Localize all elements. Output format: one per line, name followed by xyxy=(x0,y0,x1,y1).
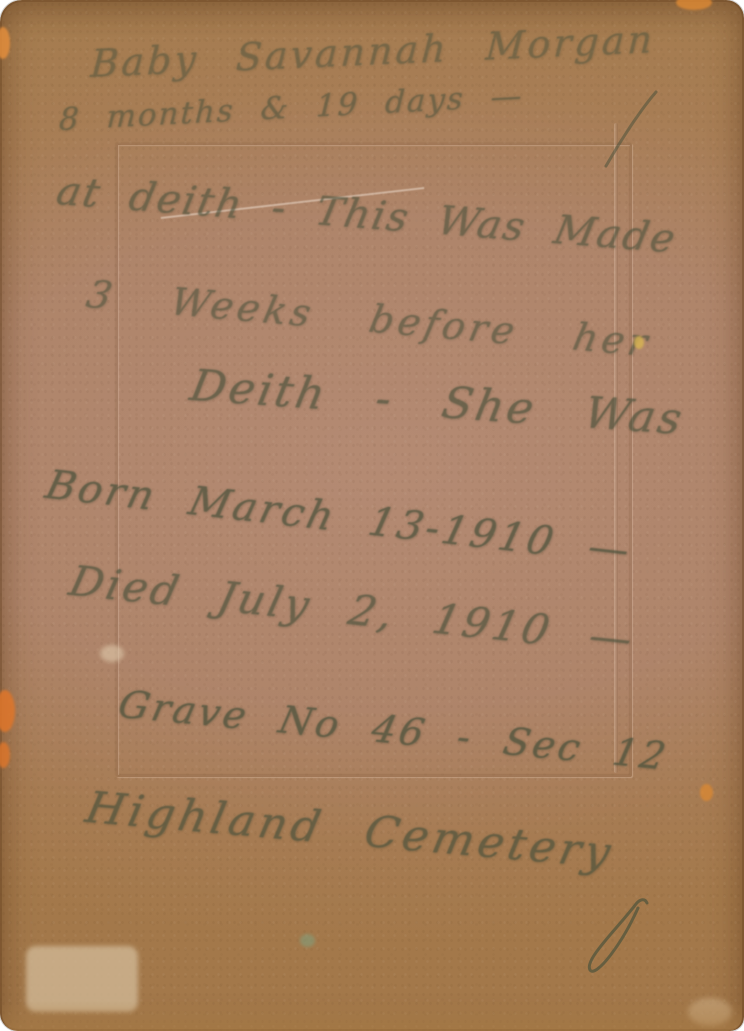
stain-orange-edge-1 xyxy=(0,690,15,732)
photo-card-back: Baby Savannah Morgan 8 months & 19 days … xyxy=(0,0,744,1031)
speck-orange-bottom-right xyxy=(700,784,713,801)
corner-chip-top-left xyxy=(0,27,10,59)
stain-orange-edge-2 xyxy=(0,742,10,768)
bottom-edge-light-strip xyxy=(2,1001,742,1031)
corner-chip-top-right xyxy=(676,0,712,10)
speck-green xyxy=(300,934,315,947)
handwriting-line-age: 8 months & 19 days — xyxy=(58,78,524,138)
handwriting-line-name: Baby Savannah Morgan xyxy=(89,17,656,86)
pencil-flourish-mark xyxy=(572,896,656,980)
handwriting-line-cemetery: Highland Cemetery xyxy=(81,782,618,878)
